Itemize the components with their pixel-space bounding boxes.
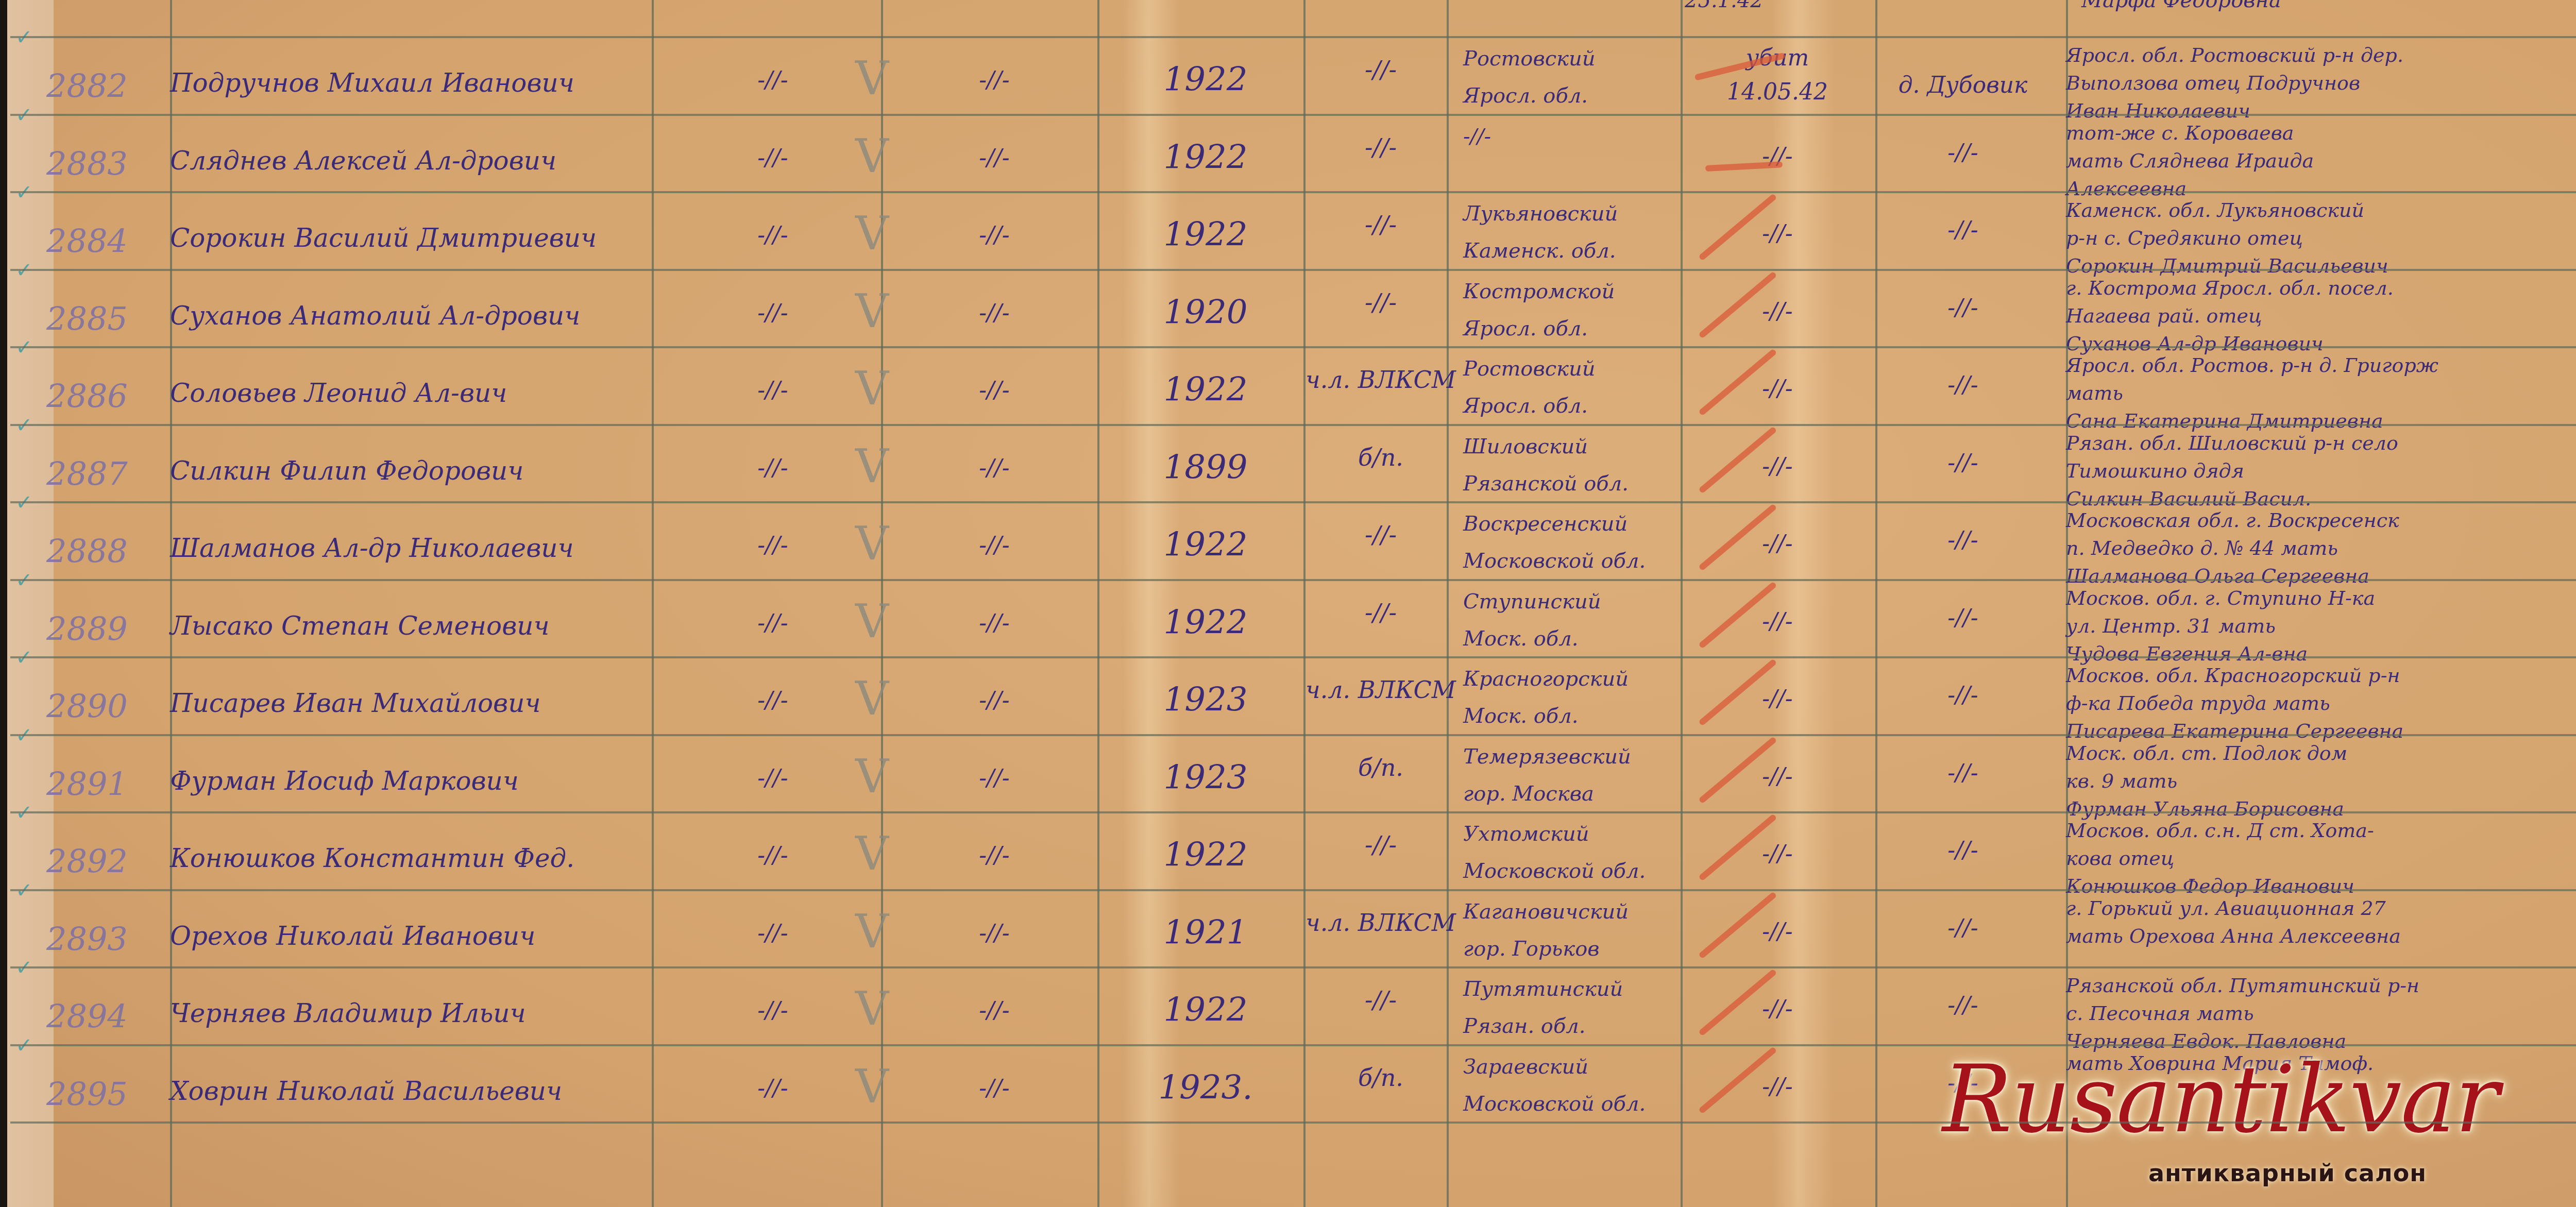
birthplace: СтупинскийМоск. обл. xyxy=(1463,583,1680,657)
birthplace-line: Яросл. обл. xyxy=(1463,310,1680,347)
address-line: Тимошкино дядя xyxy=(2066,457,2576,485)
relative-address: Рязанской обл. Путятинский р-нс. Песочна… xyxy=(2066,972,2576,1055)
ditto-col3: -//- xyxy=(670,377,876,403)
birthplace: ЛукьяновскийКаменск. обл. xyxy=(1463,195,1680,269)
ditto-col3: -//- xyxy=(670,532,876,558)
ditto-col3: -//- xyxy=(670,145,876,171)
ditto-col3: -//- xyxy=(670,765,876,791)
ditto-col5: -//- xyxy=(886,145,1103,171)
birthplace-line: Красногорский xyxy=(1463,660,1680,698)
ditto-col3: -//- xyxy=(670,1075,876,1101)
row-rule xyxy=(10,656,2576,658)
ditto-col5: -//- xyxy=(886,377,1103,403)
ditto-col5: -//- xyxy=(886,222,1103,248)
address-line: Яросл. обл. Ростовский р-н дер. xyxy=(2066,41,2576,69)
table-row: ✓2885Суханов Анатолий Ал-дрович-//-V-//-… xyxy=(0,269,2576,347)
entry-number: 2885 xyxy=(46,300,170,337)
birthplace-line: Московской обл. xyxy=(1463,1085,1680,1123)
birth-year: 1899 xyxy=(1103,449,1309,487)
entry-number: 2890 xyxy=(46,687,170,725)
top-date: 25.1.42 xyxy=(1685,0,1764,12)
person-name: Силкин Филип Федорович xyxy=(170,456,665,486)
birth-year: 1922 xyxy=(1103,526,1309,564)
relative-address: Каменск. обл. Лукьяновскийр-н с. Средяки… xyxy=(2066,196,2576,280)
row-rule xyxy=(10,191,2576,193)
address-line: Нагаева рай. отец xyxy=(2066,302,2576,330)
ditto-col5: -//- xyxy=(886,687,1103,713)
person-name: Соловьев Леонид Ал-вич xyxy=(170,378,665,408)
birthplace-line: Костромской xyxy=(1463,273,1680,310)
entry-number: 2889 xyxy=(46,610,170,648)
party-status: ч.л. ВЛКСМ xyxy=(1303,672,1458,708)
birthplace-line: Моск. обл. xyxy=(1463,698,1680,735)
tick-mark-icon: V xyxy=(855,905,886,959)
table-row: ✓2888Шалманов Ал-др Николаевич-//-V-//-1… xyxy=(0,501,2576,579)
address-line: п. Медведко д. № 44 мать xyxy=(2066,534,2576,562)
tick-mark-icon: V xyxy=(855,594,886,649)
party-status: -//- xyxy=(1303,982,1458,1018)
address-line: Моск. обл. ст. Подлок дом xyxy=(2066,739,2576,767)
person-name: Орехов Николай Иванович xyxy=(170,921,665,951)
place-col10: -//- xyxy=(1875,527,2050,553)
party-status: -//- xyxy=(1303,207,1458,243)
ditto-col5: -//- xyxy=(886,300,1103,326)
address-line: Рязанской обл. Путятинский р-н xyxy=(2066,972,2576,999)
tick-mark-icon: V xyxy=(855,750,886,804)
birthplace-line: Яросл. обл. xyxy=(1463,387,1680,424)
entry-number: 2894 xyxy=(46,997,170,1035)
party-status: б/п. xyxy=(1303,750,1458,786)
place-col10: -//- xyxy=(1875,605,2050,631)
address-line: р-н с. Средякино отец xyxy=(2066,224,2576,252)
ditto-col3: -//- xyxy=(670,300,876,326)
table-row: ✓2891Фурман Иосиф Маркович-//-V-//-1923б… xyxy=(0,734,2576,812)
relative-address: тот-же с. Короваевамать Сляднева ИраидаА… xyxy=(2066,119,2576,202)
ditto-col5: -//- xyxy=(886,920,1103,946)
ditto-col5: -//- xyxy=(886,67,1103,93)
address-line: Москов. обл. Красногорский р-н xyxy=(2066,661,2576,689)
tick-mark-icon: V xyxy=(855,1060,886,1114)
birthplace-line: Рязан. обл. xyxy=(1463,1008,1680,1045)
row-rule xyxy=(10,501,2576,503)
table-row: ✓2892Конюшков Константин Фед.-//-V-//-19… xyxy=(0,811,2576,889)
ditto-col5: -//- xyxy=(886,532,1103,558)
party-status: -//- xyxy=(1303,517,1458,553)
person-name: Суханов Анатолий Ал-дрович xyxy=(170,301,665,331)
birth-year: 1923 xyxy=(1103,681,1309,719)
place-col10: -//- xyxy=(1875,217,2050,243)
top-address: Марфа Федоровна xyxy=(2081,0,2281,12)
birth-year: 1922 xyxy=(1103,836,1309,874)
table-row: ✓2887Силкин Филип Федорович-//-V-//-1899… xyxy=(0,424,2576,502)
row-rule xyxy=(10,889,2576,891)
birthplace-line: Ростовский xyxy=(1463,350,1680,387)
person-name: Конюшков Константин Фед. xyxy=(170,843,665,873)
entry-number: 2893 xyxy=(46,920,170,958)
entry-number: 2884 xyxy=(46,222,170,260)
relative-address: г. Кострома Яросл. обл. посел.Нагаева ра… xyxy=(2066,274,2576,358)
place-col10: -//- xyxy=(1875,837,2050,863)
place-col10: -//- xyxy=(1875,450,2050,476)
entry-number: 2887 xyxy=(46,455,170,492)
party-status: -//- xyxy=(1303,827,1458,863)
row-rule xyxy=(10,424,2576,426)
person-name: Ховрин Николай Васильевич xyxy=(170,1076,665,1106)
place-col10: -//- xyxy=(1875,295,2050,321)
birthplace: УхтомскийМосковской обл. xyxy=(1463,815,1680,890)
place-col10: -//- xyxy=(1875,372,2050,398)
birthplace-line: Рязанской обл. xyxy=(1463,465,1680,502)
birth-year: 1922 xyxy=(1103,371,1309,409)
birthplace-line: Зараевский xyxy=(1463,1048,1680,1085)
person-name: Шалманов Ал-др Николаевич xyxy=(170,533,665,563)
table-row: ✓2893Орехов Николай Иванович-//-V-//-192… xyxy=(0,889,2576,967)
row-rule xyxy=(10,269,2576,271)
tick-mark-icon: V xyxy=(855,207,886,261)
tick-mark-icon: V xyxy=(855,672,886,726)
birth-year: 1920 xyxy=(1103,294,1309,332)
ditto-col3: -//- xyxy=(670,997,876,1024)
table-row: ✓2889Лысако Степан Семенович-//-V-//-192… xyxy=(0,579,2576,657)
party-status: -//- xyxy=(1303,594,1458,631)
row-rule xyxy=(10,811,2576,813)
row-rule xyxy=(10,1044,2576,1046)
address-line: Каменск. обл. Лукьяновский xyxy=(2066,196,2576,224)
tick-mark-icon: V xyxy=(855,439,886,494)
birth-year: 1923 xyxy=(1103,759,1309,797)
ditto-col5: -//- xyxy=(886,610,1103,636)
relative-address: Рязан. обл. Шиловский р-н селоТимошкино … xyxy=(2066,429,2576,513)
address-line: ул. Центр. 31 мать xyxy=(2066,612,2576,640)
person-name: Черняев Владимир Ильич xyxy=(170,998,665,1028)
table-row: ✓2883Сляднев Алексей Ал-дрович-//-V-//-1… xyxy=(0,114,2576,192)
birthplace-line: Ростовский xyxy=(1463,40,1680,77)
tick-mark-icon: V xyxy=(855,129,886,183)
birthplace: Кагановичскийгор. Горьков xyxy=(1463,893,1680,967)
ditto-col3: -//- xyxy=(670,222,876,248)
address-line: Выползова отец Подручнов xyxy=(2066,69,2576,97)
relative-address: Москов. обл. Красногорский р-нф-ка Побед… xyxy=(2066,661,2576,745)
birthplace-line: Кагановичский xyxy=(1463,893,1680,930)
birthplace-line: Московской обл. xyxy=(1463,542,1680,580)
birthplace: КрасногорскийМоск. обл. xyxy=(1463,660,1680,735)
tick-mark-icon: V xyxy=(855,827,886,881)
person-name: Подручнов Михаил Иванович xyxy=(170,68,665,98)
place-col10: -//- xyxy=(1875,760,2050,786)
person-name: Фурман Иосиф Маркович xyxy=(170,766,665,796)
relative-address: Моск. обл. ст. Подлок домкв. 9 матьФурма… xyxy=(2066,739,2576,823)
person-name: Сорокин Василий Дмитриевич xyxy=(170,223,665,253)
relative-address: Яросл. обл. Ростовский р-н дер.Выползова… xyxy=(2066,41,2576,125)
birthplace-line: Путятинский xyxy=(1463,971,1680,1008)
ditto-col3: -//- xyxy=(670,687,876,713)
birthplace-line: гор. Горьков xyxy=(1463,930,1680,967)
entry-number: 2882 xyxy=(46,67,170,105)
address-line: мать Орехова Анна Алексеевна xyxy=(2066,922,2576,950)
ditto-col5: -//- xyxy=(886,1075,1103,1101)
tick-mark-icon: V xyxy=(855,52,886,106)
birthplace-line: Московской обл. xyxy=(1463,853,1680,890)
birthplace-line: Воскресенский xyxy=(1463,505,1680,542)
birthplace: ПутятинскийРязан. обл. xyxy=(1463,971,1680,1045)
address-line: кова отец xyxy=(2066,844,2576,872)
birthplace: ВоскресенскийМосковской обл. xyxy=(1463,505,1680,580)
status-line: 14.05.42 xyxy=(1685,75,1870,109)
party-status: ч.л. ВЛКСМ xyxy=(1303,362,1458,398)
party-status: -//- xyxy=(1303,129,1458,165)
relative-address: Московская обл. г. Воскресенскп. Медведк… xyxy=(2066,506,2576,590)
ditto-col3: -//- xyxy=(670,610,876,636)
birthplace-line: Темерязевский xyxy=(1463,738,1680,775)
row-rule xyxy=(10,114,2576,116)
entry-number: 2892 xyxy=(46,842,170,880)
address-line: ф-ка Победа труда мать xyxy=(2066,689,2576,717)
entry-number: 2888 xyxy=(46,532,170,570)
address-line: Москов. обл. г. Ступино Н-ка xyxy=(2066,584,2576,612)
row-rule xyxy=(10,734,2576,736)
tick-mark-icon: V xyxy=(855,982,886,1036)
address-line: кв. 9 мать xyxy=(2066,767,2576,795)
birthplace: -//- xyxy=(1463,118,1680,155)
party-status: ч.л. ВЛКСМ xyxy=(1303,905,1458,941)
party-status: б/п. xyxy=(1303,439,1458,475)
entry-number: 2883 xyxy=(46,145,170,182)
table-row: ✓2890Писарев Иван Михайлович-//-V-//-192… xyxy=(0,656,2576,734)
person-name: Писарев Иван Михайлович xyxy=(170,688,665,718)
birthplace-line: Каменск. обл. xyxy=(1463,232,1680,269)
address-line: с. Песочная мать xyxy=(2066,999,2576,1027)
relative-address: Москов. обл. с.н. Д ст. Хота-кова отецКо… xyxy=(2066,817,2576,900)
entry-number: 2895 xyxy=(46,1075,170,1113)
place-col10: д. Дубовик xyxy=(1875,72,2050,98)
address-line: мать xyxy=(2066,379,2576,407)
party-status: б/п. xyxy=(1303,1060,1458,1096)
birthplace-line: Моск. обл. xyxy=(1463,620,1680,657)
ditto-col5: -//- xyxy=(886,455,1103,481)
row-rule xyxy=(10,966,2576,968)
birth-year: 1921 xyxy=(1103,914,1309,952)
watermark-logo: Rusantikvar антикварный салон xyxy=(1942,1046,2576,1205)
birth-year: 1922 xyxy=(1103,61,1309,99)
row-rule xyxy=(10,346,2576,348)
birth-year: 1922 xyxy=(1103,991,1309,1029)
place-col10: -//- xyxy=(1875,140,2050,166)
address-line: тот-же с. Короваева xyxy=(2066,119,2576,147)
address-line: Москов. обл. с.н. Д ст. Хота- xyxy=(2066,817,2576,844)
table-row: ✓2894Черняев Владимир Ильич-//-V-//-1922… xyxy=(0,966,2576,1044)
row-rule xyxy=(10,1121,2576,1124)
ditto-col3: -//- xyxy=(670,920,876,946)
birthplace: РостовскийЯросл. обл. xyxy=(1463,350,1680,424)
ditto-col5: -//- xyxy=(886,997,1103,1024)
address-line: Рязан. обл. Шиловский р-н село xyxy=(2066,429,2576,457)
entry-number: 2891 xyxy=(46,765,170,803)
top-row-fragment: 25.1.42 Марфа Федоровна xyxy=(0,0,2576,21)
birthplace-line: гор. Москва xyxy=(1463,775,1680,812)
person-name: Сляднев Алексей Ал-дрович xyxy=(170,146,665,176)
ditto-col5: -//- xyxy=(886,842,1103,869)
place-col10: -//- xyxy=(1875,992,2050,1018)
birthplace: Темерязевскийгор. Москва xyxy=(1463,738,1680,812)
table-row: ✓2886Соловьев Леонид Ал-вич-//-V-//-1922… xyxy=(0,346,2576,424)
birth-year: 1922 xyxy=(1103,216,1309,254)
row-rule xyxy=(10,579,2576,581)
row-rule xyxy=(10,36,2576,38)
entry-number: 2886 xyxy=(46,377,170,415)
watermark-title: Rusantikvar xyxy=(1942,1046,2498,1153)
place-col10: -//- xyxy=(1875,915,2050,941)
relative-address: Москов. обл. г. Ступино Н-каул. Центр. 3… xyxy=(2066,584,2576,668)
birthplace-line: -//- xyxy=(1463,118,1680,155)
birth-year: 1922 xyxy=(1103,139,1309,177)
birthplace-line: Яросл. обл. xyxy=(1463,77,1680,114)
ditto-col5: -//- xyxy=(886,765,1103,791)
ditto-col3: -//- xyxy=(670,455,876,481)
birthplace-line: Ступинский xyxy=(1463,583,1680,620)
birth-year: 1922 xyxy=(1103,604,1309,642)
birthplace: РостовскийЯросл. обл. xyxy=(1463,40,1680,114)
ditto-col3: -//- xyxy=(670,842,876,869)
birthplace: ШиловскийРязанской обл. xyxy=(1463,428,1680,502)
tick-mark-icon: V xyxy=(855,517,886,571)
watermark-subtitle: антикварный салон xyxy=(2148,1159,2427,1187)
relative-address: Яросл. обл. Ростов. р-н д. ГригоржматьСа… xyxy=(2066,351,2576,435)
table-row: ✓2884Сорокин Василий Дмитриевич-//-V-//-… xyxy=(0,191,2576,269)
tick-mark-icon: V xyxy=(855,362,886,416)
address-line: г. Кострома Яросл. обл. посел. xyxy=(2066,274,2576,302)
relative-address: г. Горький ул. Авиационная 27мать Орехов… xyxy=(2066,894,2576,950)
birthplace-line: Лукьяновский xyxy=(1463,195,1680,232)
birthplace: ЗараевскийМосковской обл. xyxy=(1463,1048,1680,1123)
place-col10: -//- xyxy=(1875,682,2050,708)
party-status: -//- xyxy=(1303,52,1458,88)
table-row: ✓2882Подручнов Михаил Иванович-//-V-//-1… xyxy=(0,36,2576,114)
address-line: г. Горький ул. Авиационная 27 xyxy=(2066,894,2576,922)
birthplace: КостромскойЯросл. обл. xyxy=(1463,273,1680,347)
address-line: мать Сляднева Ираида xyxy=(2066,147,2576,175)
birthplace-line: Шиловский xyxy=(1463,428,1680,465)
address-line: Московская обл. г. Воскресенск xyxy=(2066,506,2576,534)
address-line: Яросл. обл. Ростов. р-н д. Григорж xyxy=(2066,351,2576,379)
ditto-col3: -//- xyxy=(670,67,876,93)
person-name: Лысако Степан Семенович xyxy=(170,611,665,641)
party-status: -//- xyxy=(1303,284,1458,320)
birth-year: 1923. xyxy=(1103,1069,1309,1107)
tick-mark-icon: V xyxy=(855,284,886,338)
birthplace-line: Ухтомский xyxy=(1463,815,1680,853)
